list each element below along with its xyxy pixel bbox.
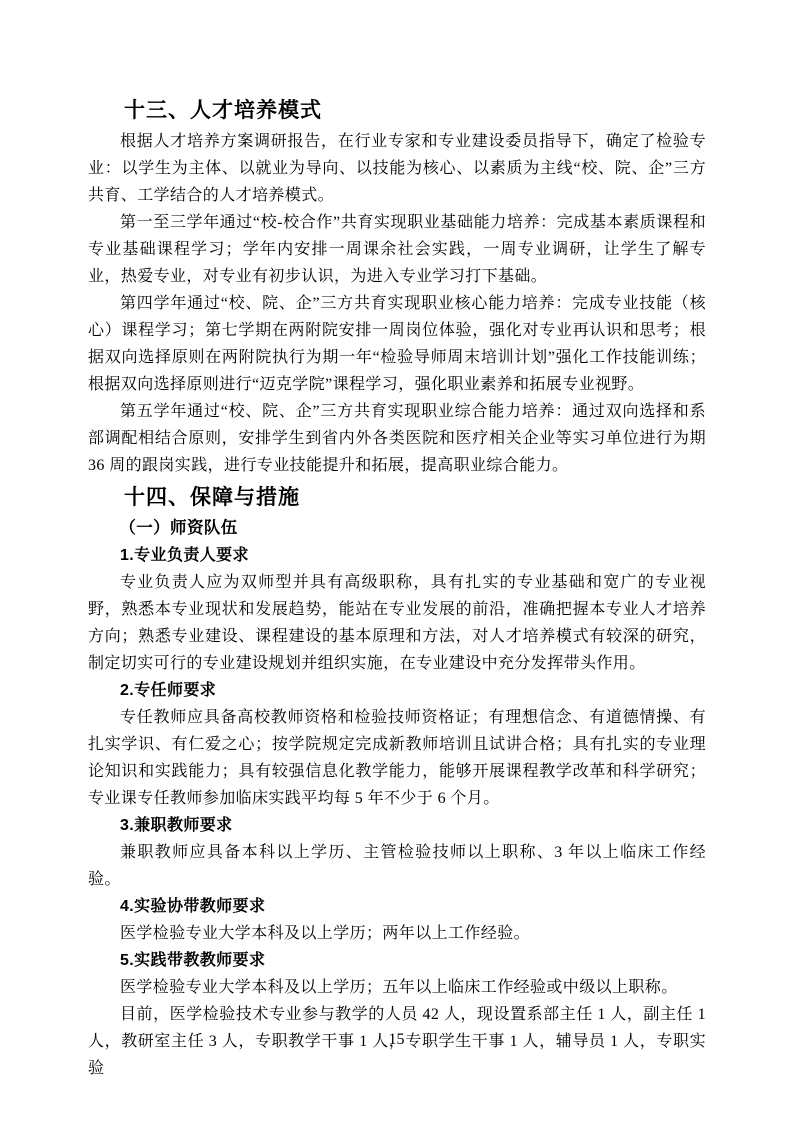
document-content: 十三、人才培养模式 根据人才培养方案调研报告，在行业专家和专业建设委员指导下，确…	[88, 94, 706, 1082]
section-13-paragraph-3: 第四学年通过“校、院、企”三方共育实现职业核心能力培养：完成专业技能（核心）课程…	[88, 290, 706, 398]
item-1-heading: 1.专业负责人要求	[88, 542, 706, 569]
item-3-paragraph: 兼职教师应具备本科以上学历、主管检验技师以上职称、3 年以上临床工作经验。	[88, 839, 706, 893]
section-13-paragraph-4: 第五学年通过“校、院、企”三方共育实现职业综合能力培养：通过双向选择和系部调配相…	[88, 398, 706, 479]
page-number: 15	[0, 1028, 793, 1052]
item-1-paragraph: 专业负责人应为双师型并具有高级职称，具有扎实的专业基础和宽广的专业视野，熟悉本专…	[88, 569, 706, 677]
section-13-paragraph-2: 第一至三学年通过“校-校合作”共育实现职业基础能力培养：完成基本素质课程和专业基…	[88, 209, 706, 290]
subsection-teachers-heading: （一）师资队伍	[88, 515, 706, 542]
item-4-heading: 4.实验协带教师要求	[88, 893, 706, 920]
section-13-heading: 十三、人才培养模式	[88, 94, 706, 128]
item-4-paragraph: 医学检验专业大学本科及以上学历；两年以上工作经验。	[88, 920, 706, 947]
document-page: 十三、人才培养模式 根据人才培养方案调研报告，在行业专家和专业建设委员指导下，确…	[0, 0, 793, 1122]
section-13-paragraph-1: 根据人才培养方案调研报告，在行业专家和专业建设委员指导下，确定了检验专业：以学生…	[88, 128, 706, 209]
section-14-heading: 十四、保障与措施	[88, 481, 706, 515]
item-2-paragraph: 专任教师应具备高校教师资格和检验技师资格证；有理想信念、有道德情操、有扎实学识、…	[88, 704, 706, 812]
item-5-paragraph-1: 医学检验专业大学本科及以上学历；五年以上临床工作经验或中级以上职称。	[88, 974, 706, 1001]
item-5-heading: 5.实践带教教师要求	[88, 947, 706, 974]
item-2-heading: 2.专任师要求	[88, 677, 706, 704]
item-3-heading: 3.兼职教师要求	[88, 812, 706, 839]
